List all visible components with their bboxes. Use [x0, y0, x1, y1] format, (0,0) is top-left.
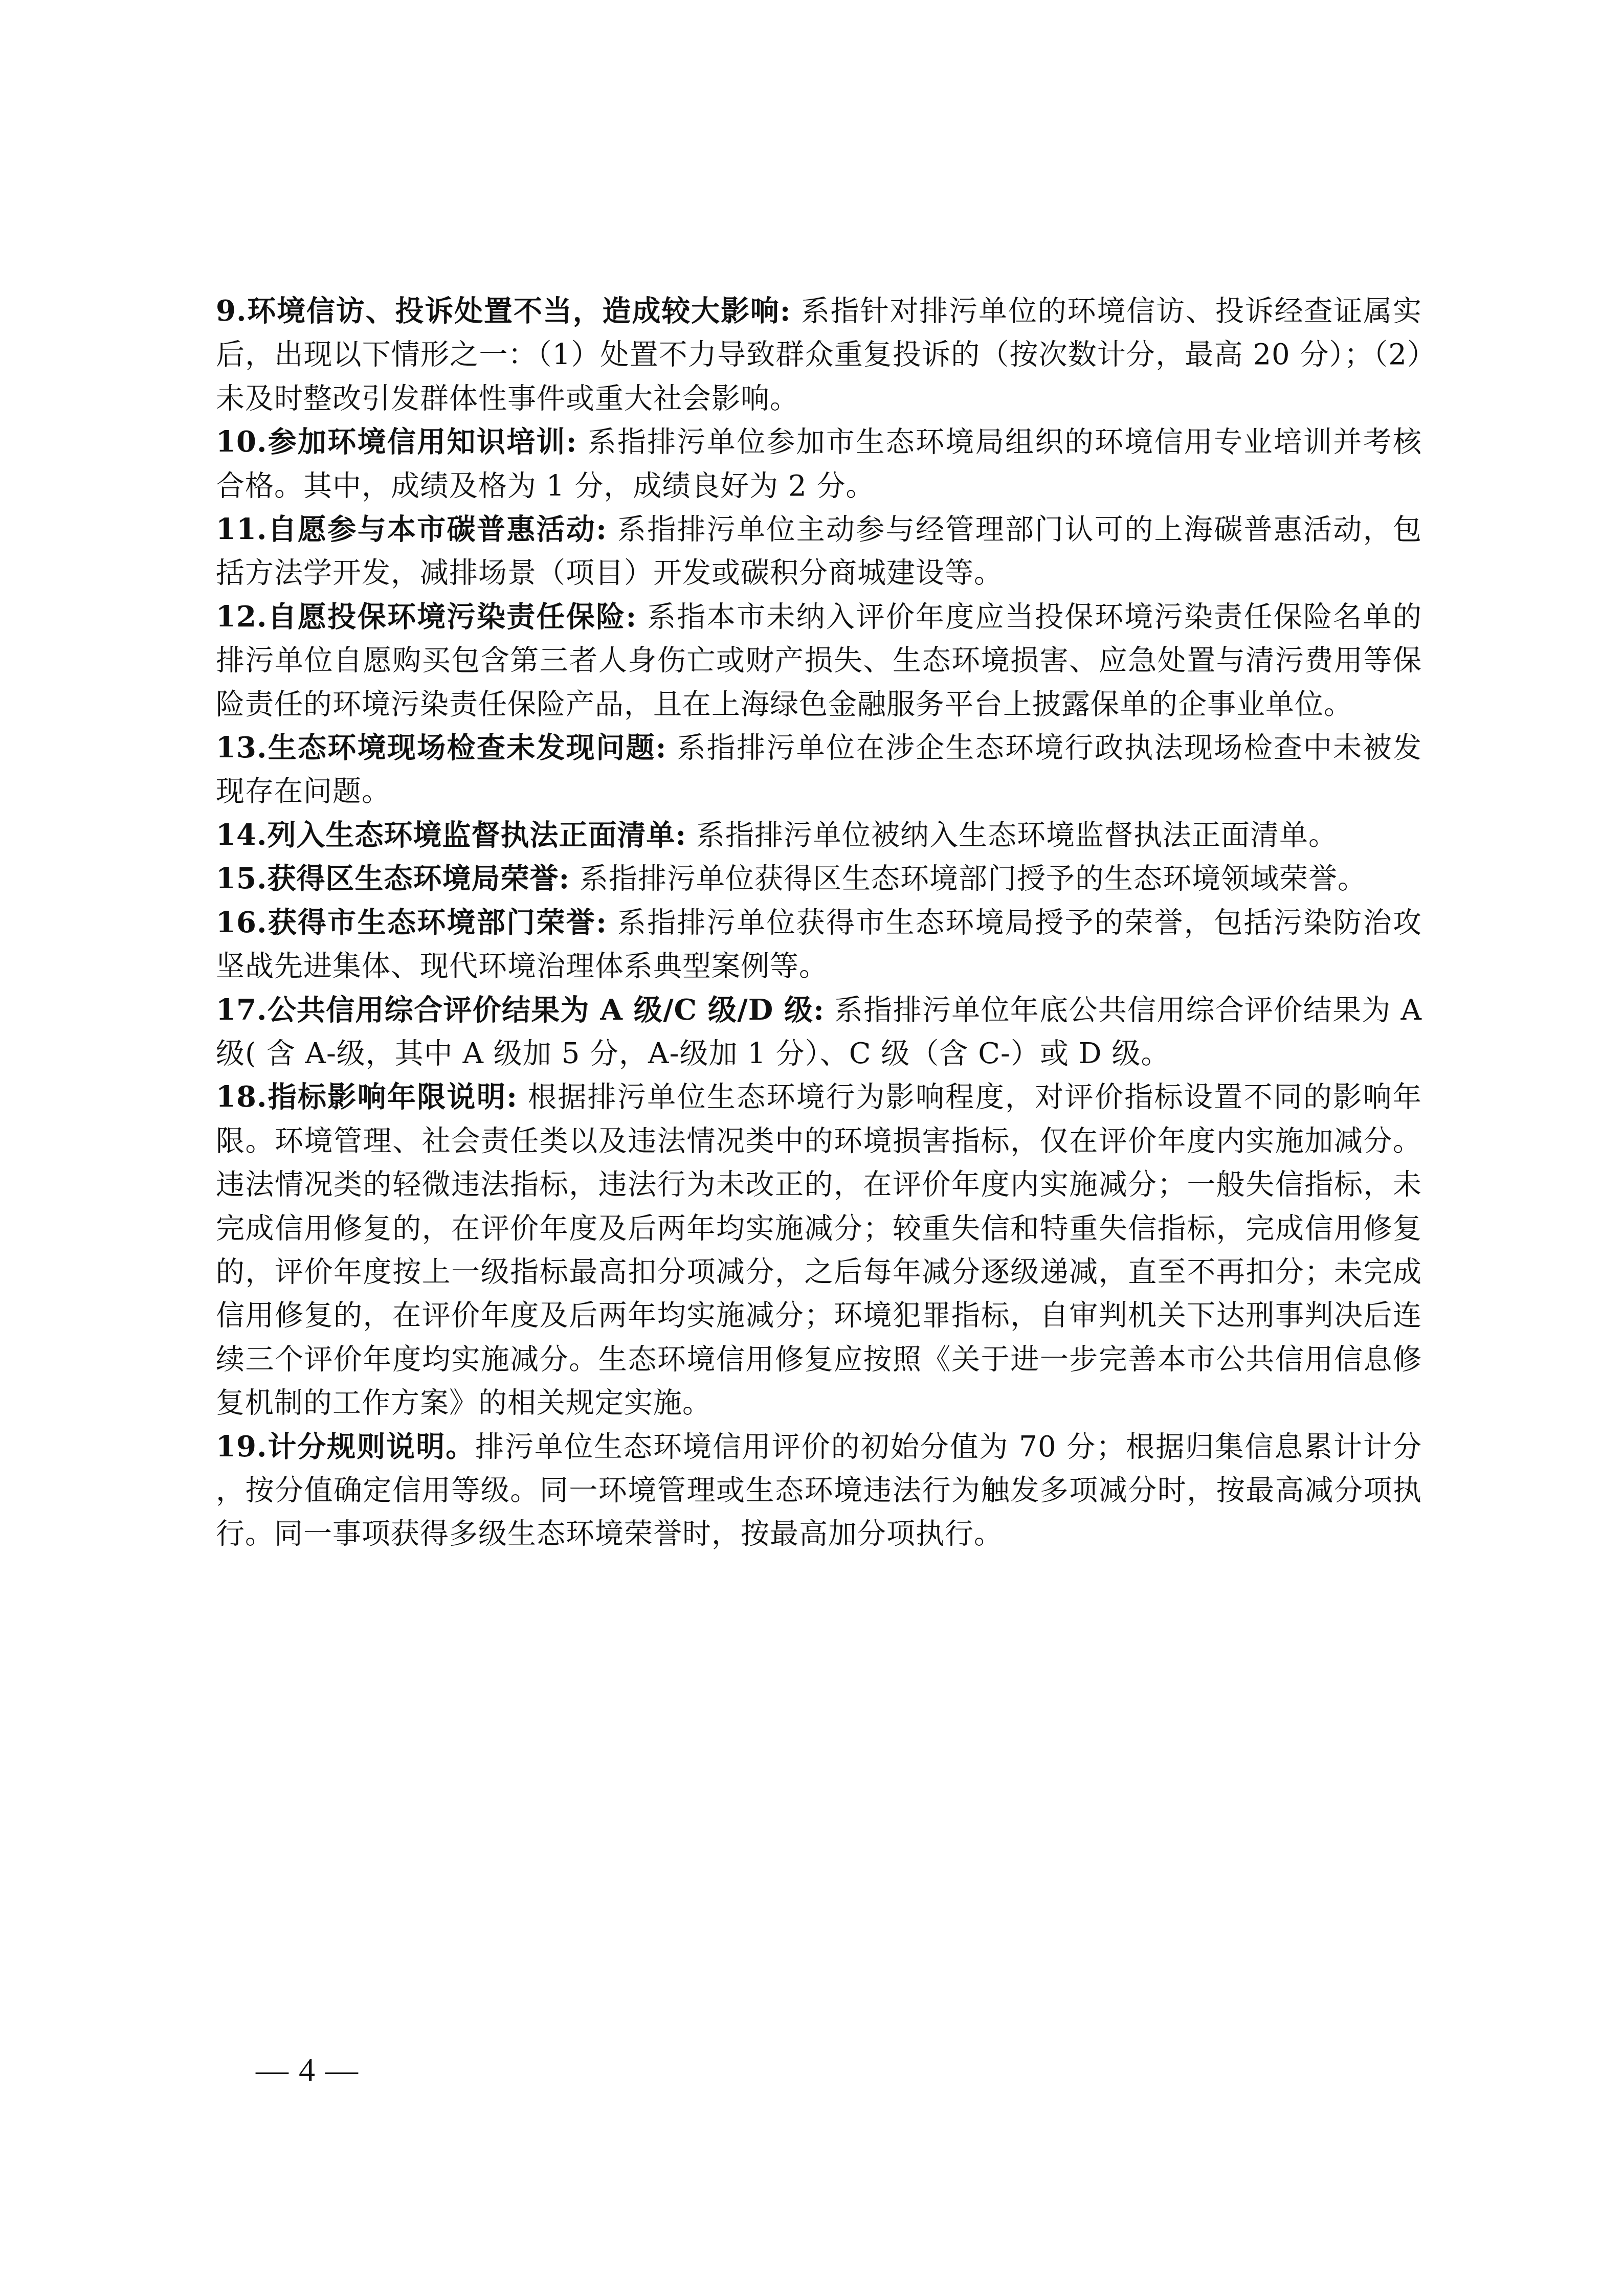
- item-14-description: 系指排污单位被纳入生态环境监督执法正面清单。: [686, 819, 1338, 852]
- document-body: 9.环境信访、投诉处置不当，造成较大影响: 系指针对排污单位的环境信访、投诉经查…: [216, 289, 1422, 1556]
- item-16-term: 16.获得市生态环境部门荣誉:: [216, 906, 607, 939]
- item-11-term: 11.自愿参与本市碳普惠活动:: [216, 512, 607, 546]
- item-18-description: 根据排污单位生态环境行为影响程度，对评价指标设置不同的影响年限。环境管理、社会责…: [216, 1081, 1422, 1420]
- item-10-term: 10.参加环境信用知识培训:: [216, 425, 577, 459]
- item-15: 15.获得区生态环境局荣誉: 系指排污单位获得区生态环境部门授予的生态环境领域荣…: [216, 857, 1422, 901]
- item-19-term: 19.计分规则说明。: [216, 1430, 475, 1464]
- item-13: 13.生态环境现场检查未发现问题: 系指排污单位在涉企生态环境行政执法现场检查中…: [216, 726, 1422, 814]
- item-17: 17.公共信用综合评价结果为 A 级/C 级/D 级: 系指排污单位年底公共信用…: [216, 988, 1422, 1076]
- item-19: 19.计分规则说明。排污单位生态环境信用评价的初始分值为 70 分；根据归集信息…: [216, 1425, 1422, 1556]
- item-11: 11.自愿参与本市碳普惠活动: 系指排污单位主动参与经管理部门认可的上海碳普惠活…: [216, 508, 1422, 595]
- item-14: 14.列入生态环境监督执法正面清单: 系指排污单位被纳入生态环境监督执法正面清单…: [216, 814, 1422, 857]
- item-18: 18.指标影响年限说明: 根据排污单位生态环境行为影响程度，对评价指标设置不同的…: [216, 1075, 1422, 1425]
- item-18-term: 18.指标影响年限说明:: [216, 1080, 518, 1114]
- item-10: 10.参加环境信用知识培训: 系指排污单位参加市生态环境局组织的环境信用专业培训…: [216, 420, 1422, 508]
- document-page: 9.环境信访、投诉处置不当，造成较大影响: 系指针对排污单位的环境信访、投诉经查…: [0, 0, 1624, 2296]
- item-14-term: 14.列入生态环境监督执法正面清单:: [216, 818, 686, 852]
- item-12-term: 12.自愿投保环境污染责任保险:: [216, 600, 637, 634]
- item-13-term: 13.生态环境现场检查未发现问题:: [216, 731, 666, 764]
- item-15-term: 15.获得区生态环境局荣誉:: [216, 862, 570, 895]
- item-17-term: 17.公共信用综合评价结果为 A 级/C 级/D 级:: [216, 993, 825, 1027]
- item-15-description: 系指排污单位获得区生态环境部门授予的生态环境领域荣誉。: [570, 862, 1367, 895]
- item-16: 16.获得市生态环境部门荣誉: 系指排污单位获得市生态环境局授予的荣誉，包括污染…: [216, 901, 1422, 988]
- item-9-term: 9.环境信访、投诉处置不当，造成较大影响:: [216, 294, 791, 328]
- item-12: 12.自愿投保环境污染责任保险: 系指本市未纳入评价年度应当投保环境污染责任保险…: [216, 595, 1422, 726]
- item-9: 9.环境信访、投诉处置不当，造成较大影响: 系指针对排污单位的环境信访、投诉经查…: [216, 289, 1422, 420]
- page-number: — 4 —: [256, 2050, 359, 2090]
